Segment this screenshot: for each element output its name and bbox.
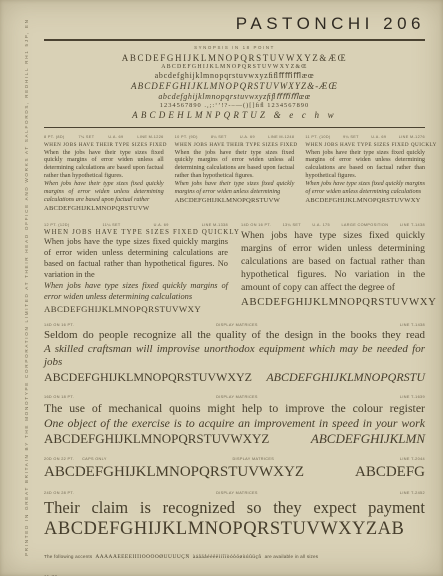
set-label: 8¼ SET bbox=[211, 135, 227, 139]
size-label: 11 PT. (10D) bbox=[305, 135, 330, 139]
set-label: 7¼ SET bbox=[79, 135, 95, 139]
line-label: LINE T-2452 bbox=[400, 491, 425, 495]
page-content: PASTONCHI 206 SYNOPSIS IN 18 POINT ABCDE… bbox=[44, 14, 425, 576]
synopsis-italic-lowercase-line: abcdefghijklmnopqrstuvwxyzﬁﬂﬀﬃﬄæœ bbox=[44, 92, 425, 102]
display-header: 24D ON 28 PT. DISPLAY MATRICES LINE T-24… bbox=[44, 491, 425, 495]
caps-specimen: ABCDEFGHIJKLMNOPQRSTUVW bbox=[44, 205, 164, 212]
roman-specimen: When jobs have their type sizes fixed qu… bbox=[305, 149, 425, 180]
display-header: 16D ON 18 PT. DISPLAY MATRICES LINE T-16… bbox=[44, 395, 425, 399]
accents-suffix: are available in all sizes bbox=[265, 554, 319, 559]
caps-italic: ABCDEFGHIJKLMNOPQRSTU bbox=[266, 370, 425, 386]
column-10pt-header: 10 PT. (9D) 8¼ SET U.A. 69 LINE M-1248 bbox=[175, 135, 295, 139]
text-size-columns: 8 PT. (8D) 7¼ SET U.A. 69 LINE M-1226 WH… bbox=[44, 135, 425, 212]
caps-specimen: ABCDEFGHIJKLMNOPQRSTUVWXYZAB bbox=[44, 518, 425, 541]
size-label: 20D ON 22 PT. bbox=[44, 457, 74, 461]
ua-label: U.A. 69 bbox=[240, 135, 255, 139]
mid-columns: 12 PT. (12D) 11¼ SET U.A. 69 LINE M-1338… bbox=[44, 223, 425, 314]
caps-italic: ABCDEFGHIJKLMN bbox=[311, 431, 425, 448]
set-label: 11¼ SET bbox=[103, 223, 121, 227]
caps-specimen: ABCDEFGHIJKLMNOPQRSTUVW bbox=[175, 197, 295, 204]
synopsis-figures-line: 1234567890 .,;:‘’!?-–—()[]ﬁﬂ 1234567890 bbox=[44, 102, 425, 110]
roman-specimen: When the jobs have their type sizes fixe… bbox=[175, 149, 295, 180]
caps-roman: ABCDEFGHIJKLMNOPQRSTUVWXYZ bbox=[44, 463, 304, 482]
matrix-type-label: LARGE COMPOSITION bbox=[341, 223, 388, 227]
ua-label: U.A. 69 bbox=[154, 223, 169, 227]
column-11pt-header: 11 PT. (10D) 9¼ SET U.A. 69 LINE M-1276 bbox=[305, 135, 425, 139]
matrix-type-label: DISPLAY MATRICES bbox=[216, 323, 258, 327]
roman-specimen: When jobs have the type sizes fixed quic… bbox=[44, 237, 228, 281]
specimen-page: PRINTED IN GREAT BRITAIN BY THE MONOTYPE… bbox=[0, 0, 443, 576]
ua-label: U.A. 69 bbox=[108, 135, 123, 139]
line-label: LINE T-1639 bbox=[400, 395, 425, 399]
roman-specimen: Seldom do people recognize all the quali… bbox=[44, 329, 425, 343]
italic-specimen: A skilled craftsman will improvise unort… bbox=[44, 343, 425, 371]
matrix-type-label: DISPLAY MATRICES bbox=[216, 491, 258, 495]
accents-prefix: The following accents bbox=[44, 554, 92, 559]
roman-specimen: When the jobs have their type sizes fixe… bbox=[44, 149, 164, 180]
line-label: LINE T-1438 bbox=[400, 323, 425, 327]
line-label: LINE T-2044 bbox=[400, 457, 425, 461]
rule-synopsis-bottom bbox=[44, 127, 425, 129]
ua-label: U.A. 69 bbox=[371, 135, 386, 139]
line-label: LINE M-1276 bbox=[399, 135, 425, 139]
caps-specimen: ABCDEFGHIJKLMNOPQRSTUVWXY bbox=[44, 304, 228, 314]
smallcaps-specimen: WHEN JOBS HAVE THEIR TYPE SIZES FIXED bbox=[175, 142, 295, 148]
set-label: 9¼ SET bbox=[343, 135, 359, 139]
caps-specimen: ABCDEFGHIJKLMNOPQRSTUVWXY bbox=[241, 296, 425, 308]
column-12pt: 12 PT. (12D) 11¼ SET U.A. 69 LINE M-1338… bbox=[44, 223, 228, 314]
line-label: LINE M-1226 bbox=[137, 135, 163, 139]
roman-specimen: When jobs have type sizes fixed quickly … bbox=[241, 229, 425, 294]
italic-specimen: When jobs have type sizes fixed quickly … bbox=[44, 281, 228, 303]
synopsis-lowercase-line: abcdefghijklmnopqrstuvwxyzﬁﬂﬀﬃﬄæœ bbox=[44, 71, 425, 81]
synopsis-italic-caps-line: ABCDEFGHIJKLMNOPQRSTUVWXYZ&-ÆŒ bbox=[44, 81, 425, 92]
size-label: 8 PT. (8D) bbox=[44, 135, 65, 139]
caps-roman-second: ABCDEFG bbox=[355, 463, 425, 482]
smallcaps-specimen: WHEN JOBS HAVE TYPE SIZES FIXED QUICKLY bbox=[44, 229, 228, 236]
column-8pt-header: 8 PT. (8D) 7¼ SET U.A. 69 LINE M-1226 bbox=[44, 135, 164, 139]
display-section-24d: 24D ON 28 PT. DISPLAY MATRICES LINE T-24… bbox=[44, 491, 425, 542]
size-label: 24D ON 28 PT. bbox=[44, 491, 74, 495]
printer-imprint: PRINTED IN GREAT BRITAIN BY THE MONOTYPE… bbox=[24, 20, 29, 556]
line-label: LINE M-1338 bbox=[202, 223, 228, 227]
caps-only-label: CAPS ONLY bbox=[82, 457, 107, 461]
column-14d-header: 14D ON 16 PT. 13¼ SET U.A. 175 LARGE COM… bbox=[241, 223, 425, 227]
ua-label: U.A. 175 bbox=[312, 223, 330, 227]
caps-specimen: ABCDEFGHIJKLMNOPQRSTUVWXYZ ABCDEFG bbox=[44, 463, 425, 482]
synopsis-block: SYNOPSIS IN 18 POINT ABCDEFGHIJKLMNOPQRS… bbox=[44, 41, 425, 127]
italic-specimen: When jobs have their type sizes fixed qu… bbox=[175, 180, 295, 196]
italic-specimen: When jobs have type sizes fixed quickly … bbox=[305, 180, 425, 196]
size-label: 16D ON 18 PT. bbox=[44, 395, 74, 399]
display-header: 20D ON 22 PT. CAPS ONLY DISPLAY MATRICES… bbox=[44, 457, 425, 461]
caps-roman: ABCDEFGHIJKLMNOPQRSTUVWXYZ bbox=[44, 370, 252, 386]
matrix-type-label: DISPLAY MATRICES bbox=[232, 457, 274, 461]
smallcaps-specimen: WHEN JOBS HAVE TYPE SIZES FIXED QUICKLY bbox=[305, 142, 425, 148]
synopsis-label: SYNOPSIS IN 18 POINT bbox=[44, 45, 425, 50]
synopsis-swash-line: ABCDEHLMNPQRTUZ & e c h w bbox=[44, 110, 425, 121]
accents-caps: ÀÁÂÄÅÉÈÊËÌÍÎÏÒÓÔÖØÙÚÛÜÇÑ bbox=[95, 554, 189, 560]
column-12pt-header: 12 PT. (12D) 11¼ SET U.A. 69 LINE M-1338 bbox=[44, 223, 228, 227]
italic-specimen: One object of the exercise is to acquire… bbox=[44, 416, 425, 431]
smallcaps-specimen: WHEN JOBS HAVE THEIR TYPE SIZES FIXED bbox=[44, 142, 164, 148]
roman-specimen: Their claim is recognized so they expect… bbox=[44, 497, 425, 518]
caps-specimen: ABCDEFGHIJKLMNOPQRSTUVWXY bbox=[305, 197, 425, 204]
display-section-14d: 14D ON 16 PT. DISPLAY MATRICES LINE T-14… bbox=[44, 323, 425, 386]
size-label: 10 PT. (9D) bbox=[175, 135, 198, 139]
display-header: 14D ON 16 PT. DISPLAY MATRICES LINE T-14… bbox=[44, 323, 425, 327]
caps-roman: ABCDEFGHIJKLMNOPQRSTUVWXYZ bbox=[44, 431, 269, 448]
line-label: LINE T-1438 bbox=[400, 223, 425, 227]
caps-specimen: ABCDEFGHIJKLMNOPQRSTUVWXYZ ABCDEFGHIJKLM… bbox=[44, 431, 425, 448]
size-label: 14D ON 16 PT. bbox=[241, 223, 271, 227]
size-group: 20D ON 22 PT. CAPS ONLY bbox=[44, 457, 107, 461]
line-label: LINE M-1248 bbox=[268, 135, 294, 139]
size-label: 12 PT. (12D) bbox=[44, 223, 70, 227]
synopsis-caps-line: ABCDEFGHIJKLMNOPQRSTUVWXYZ&ÆŒ bbox=[44, 53, 425, 64]
roman-specimen: The use of mechanical quoins might help … bbox=[44, 401, 425, 416]
display-section-16d: 16D ON 18 PT. DISPLAY MATRICES LINE T-16… bbox=[44, 395, 425, 449]
page-title: PASTONCHI 206 bbox=[44, 14, 425, 34]
column-10pt: 10 PT. (9D) 8¼ SET U.A. 69 LINE M-1248 W… bbox=[175, 135, 295, 212]
display-section-20d: 20D ON 22 PT. CAPS ONLY DISPLAY MATRICES… bbox=[44, 457, 425, 482]
caps-specimen: ABCDEFGHIJKLMNOPQRSTUVWXYZ ABCDEFGHIJKLM… bbox=[44, 370, 425, 386]
italic-specimen: When jobs have their type sizes fixed qu… bbox=[44, 180, 164, 203]
column-14d-large-comp: 14D ON 16 PT. 13¼ SET U.A. 175 LARGE COM… bbox=[241, 223, 425, 314]
matrix-type-label: DISPLAY MATRICES bbox=[216, 395, 258, 399]
accents-line: The following accents ÀÁÂÄÅÉÈÊËÌÍÎÏÒÓÔÖØ… bbox=[44, 554, 425, 560]
column-8pt: 8 PT. (8D) 7¼ SET U.A. 69 LINE M-1226 WH… bbox=[44, 135, 164, 212]
accents-lowercase: àáâäåéèêëìíîïòóôöøùúûüçñ bbox=[193, 554, 262, 560]
set-label: 13¼ SET bbox=[283, 223, 301, 227]
column-11pt: 11 PT. (10D) 9¼ SET U.A. 69 LINE M-1276 … bbox=[305, 135, 425, 212]
synopsis-smallcaps-line: ABCDEFGHIJKLMNOPQRSTUVWXYZ&Œ bbox=[44, 64, 425, 71]
size-label: 14D ON 16 PT. bbox=[44, 323, 74, 327]
